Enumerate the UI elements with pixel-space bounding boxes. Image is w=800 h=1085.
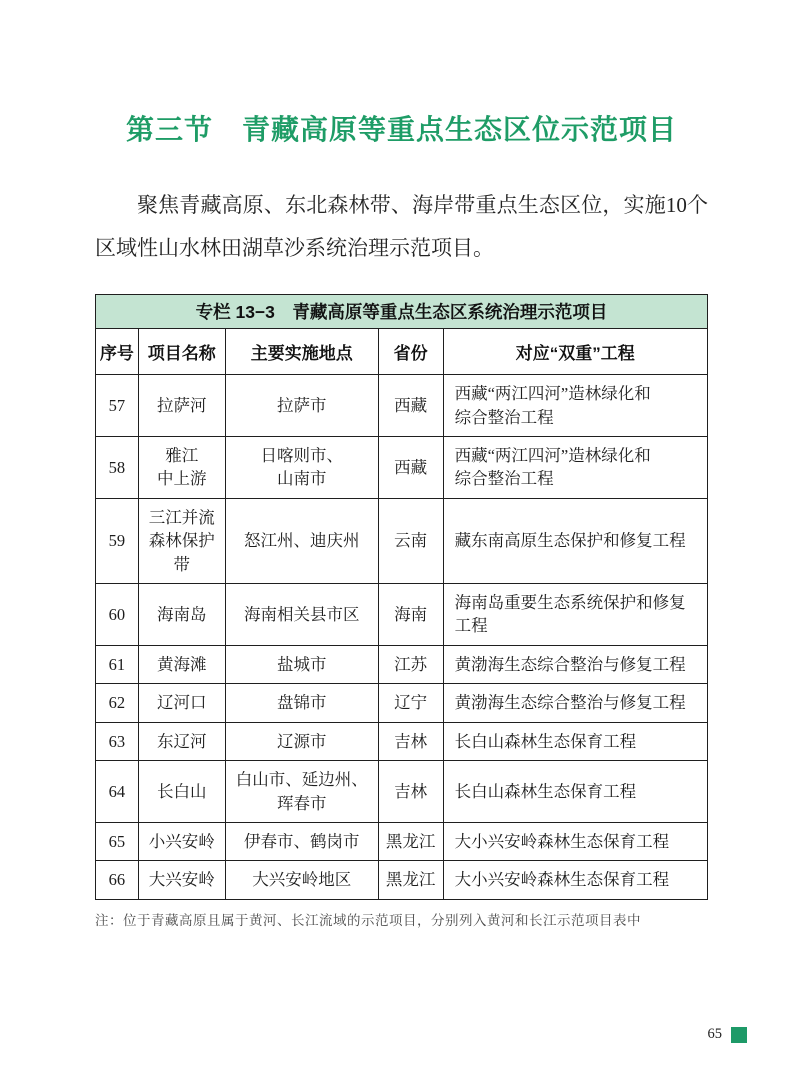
demo-projects-table: 专栏 13−3 青藏高原等重点生态区系统治理示范项目 序号 项目名称 主要实施地…	[95, 294, 708, 900]
col-header-province: 省份	[378, 329, 443, 375]
table-row: 64 长白山 白山市、延边州、 珲春市 吉林 长白山森林生态保育工程	[96, 761, 708, 823]
cell-name: 东辽河	[138, 722, 225, 760]
section-title: 第三节 青藏高原等重点生态区位示范项目	[95, 108, 708, 148]
cell-name: 小兴安岭	[138, 823, 225, 861]
cell-province: 江苏	[378, 645, 443, 683]
cell-name: 长白山	[138, 761, 225, 823]
cell-location: 日喀则市、 山南市	[225, 436, 378, 498]
cell-province: 吉林	[378, 761, 443, 823]
cell-seq: 65	[96, 823, 139, 861]
cell-seq: 60	[96, 584, 139, 646]
cell-project: 大小兴安岭森林生态保育工程	[443, 861, 707, 899]
cell-project: 大小兴安岭森林生态保育工程	[443, 823, 707, 861]
cell-name: 黄海滩	[138, 645, 225, 683]
cell-province: 西藏	[378, 375, 443, 437]
col-header-seq: 序号	[96, 329, 139, 375]
table-row: 60 海南岛 海南相关县市区 海南 海南岛重要生态系统保护和修复 工程	[96, 584, 708, 646]
cell-location: 白山市、延边州、 珲春市	[225, 761, 378, 823]
cell-location: 怒江州、迪庆州	[225, 498, 378, 583]
cell-province: 吉林	[378, 722, 443, 760]
table-note: 注：位于青藏高原且属于黄河、长江流域的示范项目，分别列入黄河和长江示范项目表中	[95, 909, 708, 929]
col-header-name: 项目名称	[138, 329, 225, 375]
cell-location: 盐城市	[225, 645, 378, 683]
cell-seq: 64	[96, 761, 139, 823]
cell-name: 辽河口	[138, 684, 225, 722]
table-banner-row: 专栏 13−3 青藏高原等重点生态区系统治理示范项目	[96, 295, 708, 329]
cell-province: 西藏	[378, 436, 443, 498]
table-row: 62 辽河口 盘锦市 辽宁 黄渤海生态综合整治与修复工程	[96, 684, 708, 722]
cell-province: 黑龙江	[378, 861, 443, 899]
cell-name: 海南岛	[138, 584, 225, 646]
table-row: 61 黄海滩 盐城市 江苏 黄渤海生态综合整治与修复工程	[96, 645, 708, 683]
intro-paragraph: 聚焦青藏高原、东北森林带、海岸带重点生态区位，实施10个区域性山水林田湖草沙系统…	[95, 184, 708, 270]
cell-name: 大兴安岭	[138, 861, 225, 899]
cell-province: 海南	[378, 584, 443, 646]
cell-province: 辽宁	[378, 684, 443, 722]
table-header-row: 序号 项目名称 主要实施地点 省份 对应“双重”工程	[96, 329, 708, 375]
table-row: 65 小兴安岭 伊春市、鹤岗市 黑龙江 大小兴安岭森林生态保育工程	[96, 823, 708, 861]
cell-location: 拉萨市	[225, 375, 378, 437]
cell-seq: 58	[96, 436, 139, 498]
col-header-project: 对应“双重”工程	[443, 329, 707, 375]
cell-location: 大兴安岭地区	[225, 861, 378, 899]
cell-project: 西藏“两江四河”造林绿化和 综合整治工程	[443, 436, 707, 498]
cell-project: 海南岛重要生态系统保护和修复 工程	[443, 584, 707, 646]
table-row: 66 大兴安岭 大兴安岭地区 黑龙江 大小兴安岭森林生态保育工程	[96, 861, 708, 899]
cell-seq: 63	[96, 722, 139, 760]
cell-province: 云南	[378, 498, 443, 583]
cell-project: 黄渤海生态综合整治与修复工程	[443, 645, 707, 683]
cell-province: 黑龙江	[378, 823, 443, 861]
cell-location: 海南相关县市区	[225, 584, 378, 646]
cell-project: 长白山森林生态保育工程	[443, 761, 707, 823]
cell-seq: 57	[96, 375, 139, 437]
table-row: 57 拉萨河 拉萨市 西藏 西藏“两江四河”造林绿化和 综合整治工程	[96, 375, 708, 437]
page-number: 65	[708, 1026, 723, 1043]
table-row: 63 东辽河 辽源市 吉林 长白山森林生态保育工程	[96, 722, 708, 760]
cell-seq: 66	[96, 861, 139, 899]
page-footer: 65	[708, 1026, 748, 1043]
cell-location: 伊春市、鹤岗市	[225, 823, 378, 861]
cell-project: 藏东南高原生态保护和修复工程	[443, 498, 707, 583]
cell-project: 黄渤海生态综合整治与修复工程	[443, 684, 707, 722]
table-row: 59 三江并流 森林保护带 怒江州、迪庆州 云南 藏东南高原生态保护和修复工程	[96, 498, 708, 583]
page-marker-icon	[731, 1027, 747, 1043]
cell-name: 雅江 中上游	[138, 436, 225, 498]
cell-location: 盘锦市	[225, 684, 378, 722]
cell-seq: 61	[96, 645, 139, 683]
cell-project: 长白山森林生态保育工程	[443, 722, 707, 760]
cell-project: 西藏“两江四河”造林绿化和 综合整治工程	[443, 375, 707, 437]
cell-name: 三江并流 森林保护带	[138, 498, 225, 583]
col-header-location: 主要实施地点	[225, 329, 378, 375]
cell-name: 拉萨河	[138, 375, 225, 437]
table-banner-title: 专栏 13−3 青藏高原等重点生态区系统治理示范项目	[96, 295, 708, 329]
cell-location: 辽源市	[225, 722, 378, 760]
table-row: 58 雅江 中上游 日喀则市、 山南市 西藏 西藏“两江四河”造林绿化和 综合整…	[96, 436, 708, 498]
document-page: 第三节 青藏高原等重点生态区位示范项目 聚焦青藏高原、东北森林带、海岸带重点生态…	[0, 0, 800, 1085]
cell-seq: 59	[96, 498, 139, 583]
cell-seq: 62	[96, 684, 139, 722]
